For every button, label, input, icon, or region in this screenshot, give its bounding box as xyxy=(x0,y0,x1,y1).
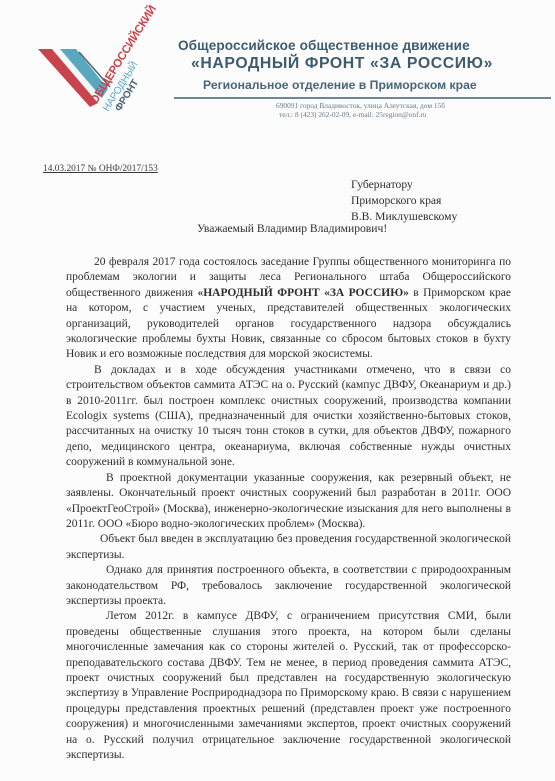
org-phone-email: тел.: 8 (423) 262-02-09, e-mail: 25regio… xyxy=(276,110,445,119)
addressee-title: Губернатору xyxy=(351,177,457,193)
body-paragraph: В проектной документации указанные соору… xyxy=(66,471,511,533)
addressee-region: Приморского края xyxy=(351,193,457,209)
org-regional-branch: Региональное отделение в Приморском крае xyxy=(203,78,477,92)
letter-reference-number: 14.03.2017 № ОНФ/2017/153 xyxy=(43,164,158,174)
body-paragraph: В докладах и в ходе обсуждения участника… xyxy=(66,363,511,471)
org-address: 690091 город Владивосток, улица Алеутска… xyxy=(276,101,445,110)
body-paragraph: Однако для принятия построенного объекта… xyxy=(66,563,511,609)
onf-checkmark-logo-icon: ОБЩЕРОССИЙСКИЙ НАРОДНЫЙ ФРОНТ xyxy=(30,5,160,125)
addressee-block: Губернатору Приморского края В.В. Миклуш… xyxy=(351,177,457,225)
greeting: Уважаемый Владимир Владимирович! xyxy=(197,222,387,235)
org-title: «НАРОДНЫЙ ФРОНТ «ЗА РОССИЮ» xyxy=(191,55,493,73)
onf-logo: ОБЩЕРОССИЙСКИЙ НАРОДНЫЙ ФРОНТ xyxy=(30,5,160,125)
body-paragraph: Объект был введен в эксплуатацию без про… xyxy=(66,532,511,563)
body-paragraph: Летом 2012г. в кампусе ДВФУ, с ограничен… xyxy=(66,609,511,763)
body-paragraph: 20 февраля 2017 года состоялось заседани… xyxy=(66,255,511,363)
org-name-line: Общероссийское общественное движение xyxy=(178,38,555,53)
org-contacts: 690091 город Владивосток, улица Алеутска… xyxy=(276,101,445,119)
org-name-bold: «НАРОДНЫЙ ФРОНТ «ЗА РОССИЮ» xyxy=(197,287,408,299)
letterhead-divider xyxy=(174,97,551,99)
letter-body: 20 февраля 2017 года состоялось заседани… xyxy=(66,255,511,763)
